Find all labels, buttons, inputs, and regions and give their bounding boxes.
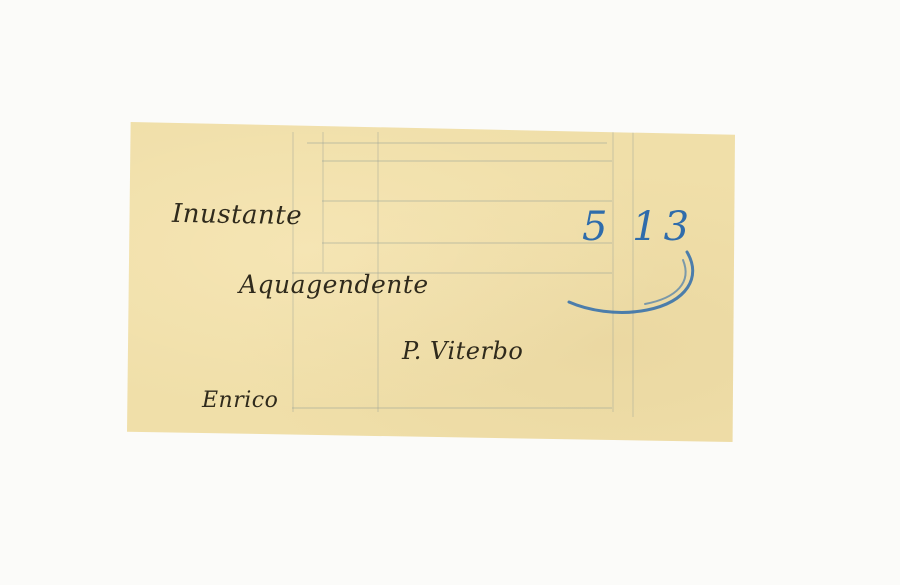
handwriting-line-3: P. Viterbo xyxy=(402,337,523,365)
handwriting-line-4: Enrico xyxy=(202,388,278,413)
blue-pencil-number: 5 13 xyxy=(582,204,695,250)
handwriting-line-1: Inustante xyxy=(172,199,303,231)
paper-slip: Inustante Aquagendente P. Viterbo Enrico… xyxy=(127,122,735,442)
handwriting-line-2: Aquagendente xyxy=(239,270,429,299)
